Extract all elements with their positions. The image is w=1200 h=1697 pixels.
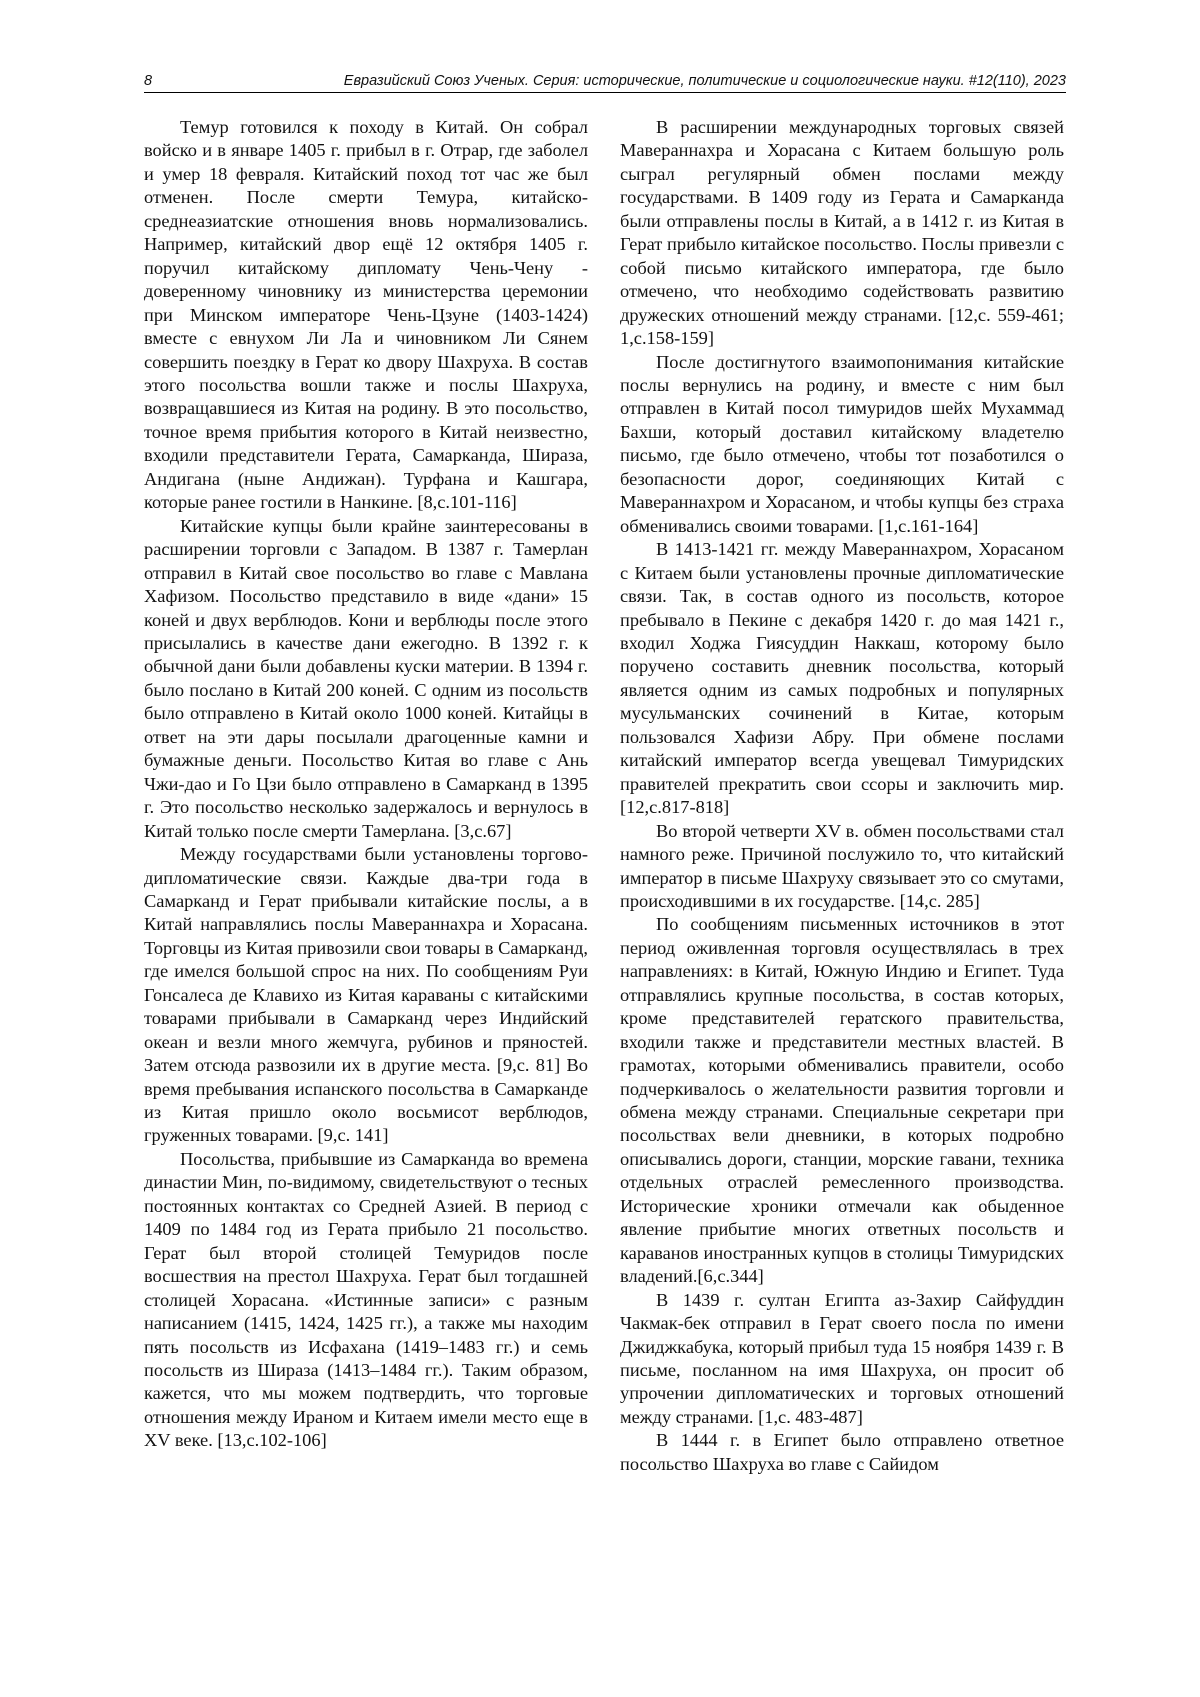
paragraph: В расширении международных торговых связ… [620,116,1064,351]
page-number: 8 [144,73,152,89]
paragraph: В 1444 г. в Египет было отправлено ответ… [620,1429,1064,1476]
paragraph: По сообщениям письменных источников в эт… [620,913,1064,1288]
journal-title: Евразийский Союз Ученых. Серия: историче… [344,73,1066,89]
right-column: В расширении международных торговых связ… [620,116,1064,1476]
document-page: 8 Евразийский Союз Ученых. Серия: истори… [0,0,1200,1697]
paragraph: Китайские купцы были крайне заинтересова… [144,515,588,843]
left-column: Темур готовился к походу в Китай. Он соб… [144,116,588,1453]
running-header: 8 Евразийский Союз Ученых. Серия: истори… [144,72,1066,93]
paragraph: Посольства, прибывшие из Самарканда во в… [144,1148,588,1453]
paragraph: В 1439 г. султан Египта аз-Захир Сайфудд… [620,1289,1064,1430]
paragraph: После достигнутого взаимопонимания китай… [620,351,1064,539]
paragraph: Темур готовился к походу в Китай. Он соб… [144,116,588,515]
paragraph: Во второй четверти XV в. обмен посольств… [620,820,1064,914]
paragraph: В 1413-1421 гг. между Мавераннахром, Хор… [620,538,1064,819]
paragraph: Между государствами были установлены тор… [144,843,588,1148]
